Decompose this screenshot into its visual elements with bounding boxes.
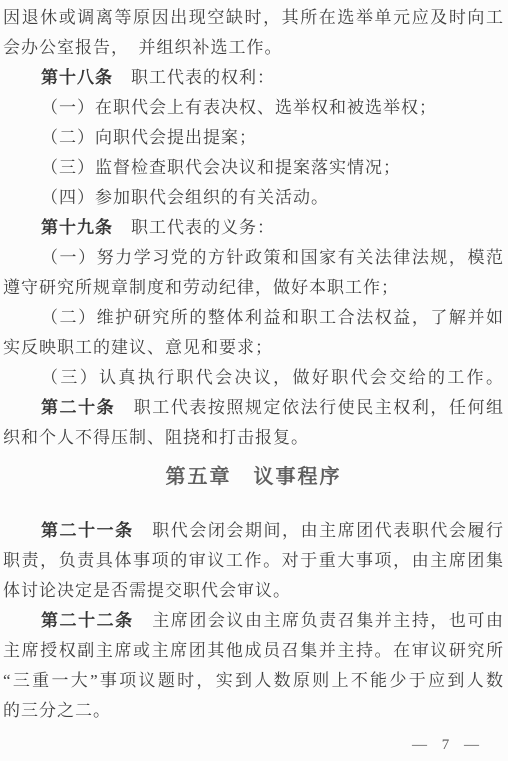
line-text: 因退休或调离等原因出现空缺时，其所在选举单元应及时向工 bbox=[3, 8, 504, 27]
article-number: 第二十二条 bbox=[41, 611, 134, 630]
doc-line: 会办公室报告， 并组织补选工作。 bbox=[3, 33, 504, 63]
line-text: 遵守研究所规章制度和劳动纪律，做好本职工作； bbox=[3, 278, 399, 297]
doc-line: 织和个人不得压制、阻挠和打击报复。 bbox=[3, 423, 504, 453]
line-text: 织和个人不得压制、阻挠和打击报复。 bbox=[3, 428, 309, 447]
article-number: 第十九条 bbox=[41, 218, 113, 237]
line-text: 会办公室报告， 并组织补选工作。 bbox=[3, 38, 283, 57]
doc-line-article-19: 第十九条 职工代表的义务： bbox=[3, 213, 504, 243]
doc-line: （三）认真执行职代会决议，做好职代会交给的工作。 bbox=[3, 363, 504, 393]
doc-line: 体讨论决定是否需提交职代会审议。 bbox=[3, 576, 504, 606]
line-text: （二）维护研究所的整体利益和职工合法权益，了解并如 bbox=[41, 308, 504, 327]
doc-line: （三）监督检查职代会决议和提案落实情况； bbox=[3, 153, 504, 183]
line-text: “三重一大”事项议题时，实到人数原则上不能少于应到人数 bbox=[3, 671, 504, 690]
line-text: 职工代表的权利： bbox=[113, 68, 275, 87]
line-text: 职代会闭会期间，由主席团代表职代会履行 bbox=[134, 521, 504, 540]
doc-line: （二）维护研究所的整体利益和职工合法权益，了解并如 bbox=[3, 303, 504, 333]
doc-line-article-20: 第二十条 职工代表按照规定依法行使民主权利，任何组 bbox=[3, 393, 504, 423]
line-text: （三）监督检查职代会决议和提案落实情况； bbox=[41, 158, 401, 177]
doc-line: “三重一大”事项议题时，实到人数原则上不能少于应到人数 bbox=[3, 666, 504, 696]
doc-line: （一）在职代会上有表决权、选举权和被选举权； bbox=[3, 93, 504, 123]
line-text: （一）在职代会上有表决权、选举权和被选举权； bbox=[41, 98, 437, 117]
doc-line: （一）努力学习党的方针政策和国家有关法律法规，模范 bbox=[3, 243, 504, 273]
doc-line-article-21: 第二十一条 职代会闭会期间，由主席团代表职代会履行 bbox=[3, 516, 504, 546]
line-text: （二）向职代会提出提案； bbox=[41, 128, 257, 147]
line-text: 职工代表的义务： bbox=[113, 218, 275, 237]
doc-line: 因退休或调离等原因出现空缺时，其所在选举单元应及时向工 bbox=[3, 3, 504, 33]
line-text: （四）参加职代会组织的有关活动。 bbox=[41, 188, 329, 207]
doc-line: 职责，负责具体事项的审议工作。对于重大事项，由主席团集 bbox=[3, 546, 504, 576]
line-text: （三）认真执行职代会决议，做好职代会交给的工作。 bbox=[41, 368, 504, 387]
doc-line: 的三分之二。 bbox=[3, 696, 504, 726]
page-number: — 7 — bbox=[412, 737, 480, 754]
doc-line: 实反映职工的建议、意见和要求； bbox=[3, 333, 504, 363]
line-text: 主席团会议由主席负责召集并主持，也可由 bbox=[134, 611, 504, 630]
doc-line: 遵守研究所规章制度和劳动纪律，做好本职工作； bbox=[3, 273, 504, 303]
line-text: （一）努力学习党的方针政策和国家有关法律法规，模范 bbox=[41, 248, 504, 267]
line-text: 职责，负责具体事项的审议工作。对于重大事项，由主席团集 bbox=[3, 551, 504, 570]
doc-line: 主席授权副主席或主席团其他成员召集并主持。在审议研究所 bbox=[3, 636, 504, 666]
line-text: 体讨论决定是否需提交职代会审议。 bbox=[3, 581, 291, 600]
article-number: 第十八条 bbox=[41, 68, 113, 87]
line-text: 主席授权副主席或主席团其他成员召集并主持。在审议研究所 bbox=[3, 641, 504, 660]
chapter-heading: 第五章 议事程序 bbox=[3, 462, 504, 492]
article-number: 第二十一条 bbox=[41, 521, 134, 540]
doc-line: （二）向职代会提出提案； bbox=[3, 123, 504, 153]
doc-line-article-18: 第十八条 职工代表的权利： bbox=[3, 63, 504, 93]
doc-line: （四）参加职代会组织的有关活动。 bbox=[3, 183, 504, 213]
article-number: 第二十条 bbox=[41, 398, 115, 417]
doc-line-article-22: 第二十二条 主席团会议由主席负责召集并主持，也可由 bbox=[3, 606, 504, 636]
line-text: 实反映职工的建议、意见和要求； bbox=[3, 338, 273, 357]
line-text: 的三分之二。 bbox=[3, 701, 111, 720]
line-text: 职工代表按照规定依法行使民主权利，任何组 bbox=[115, 398, 504, 417]
document-page: 因退休或调离等原因出现空缺时，其所在选举单元应及时向工 会办公室报告， 并组织补… bbox=[0, 0, 508, 761]
